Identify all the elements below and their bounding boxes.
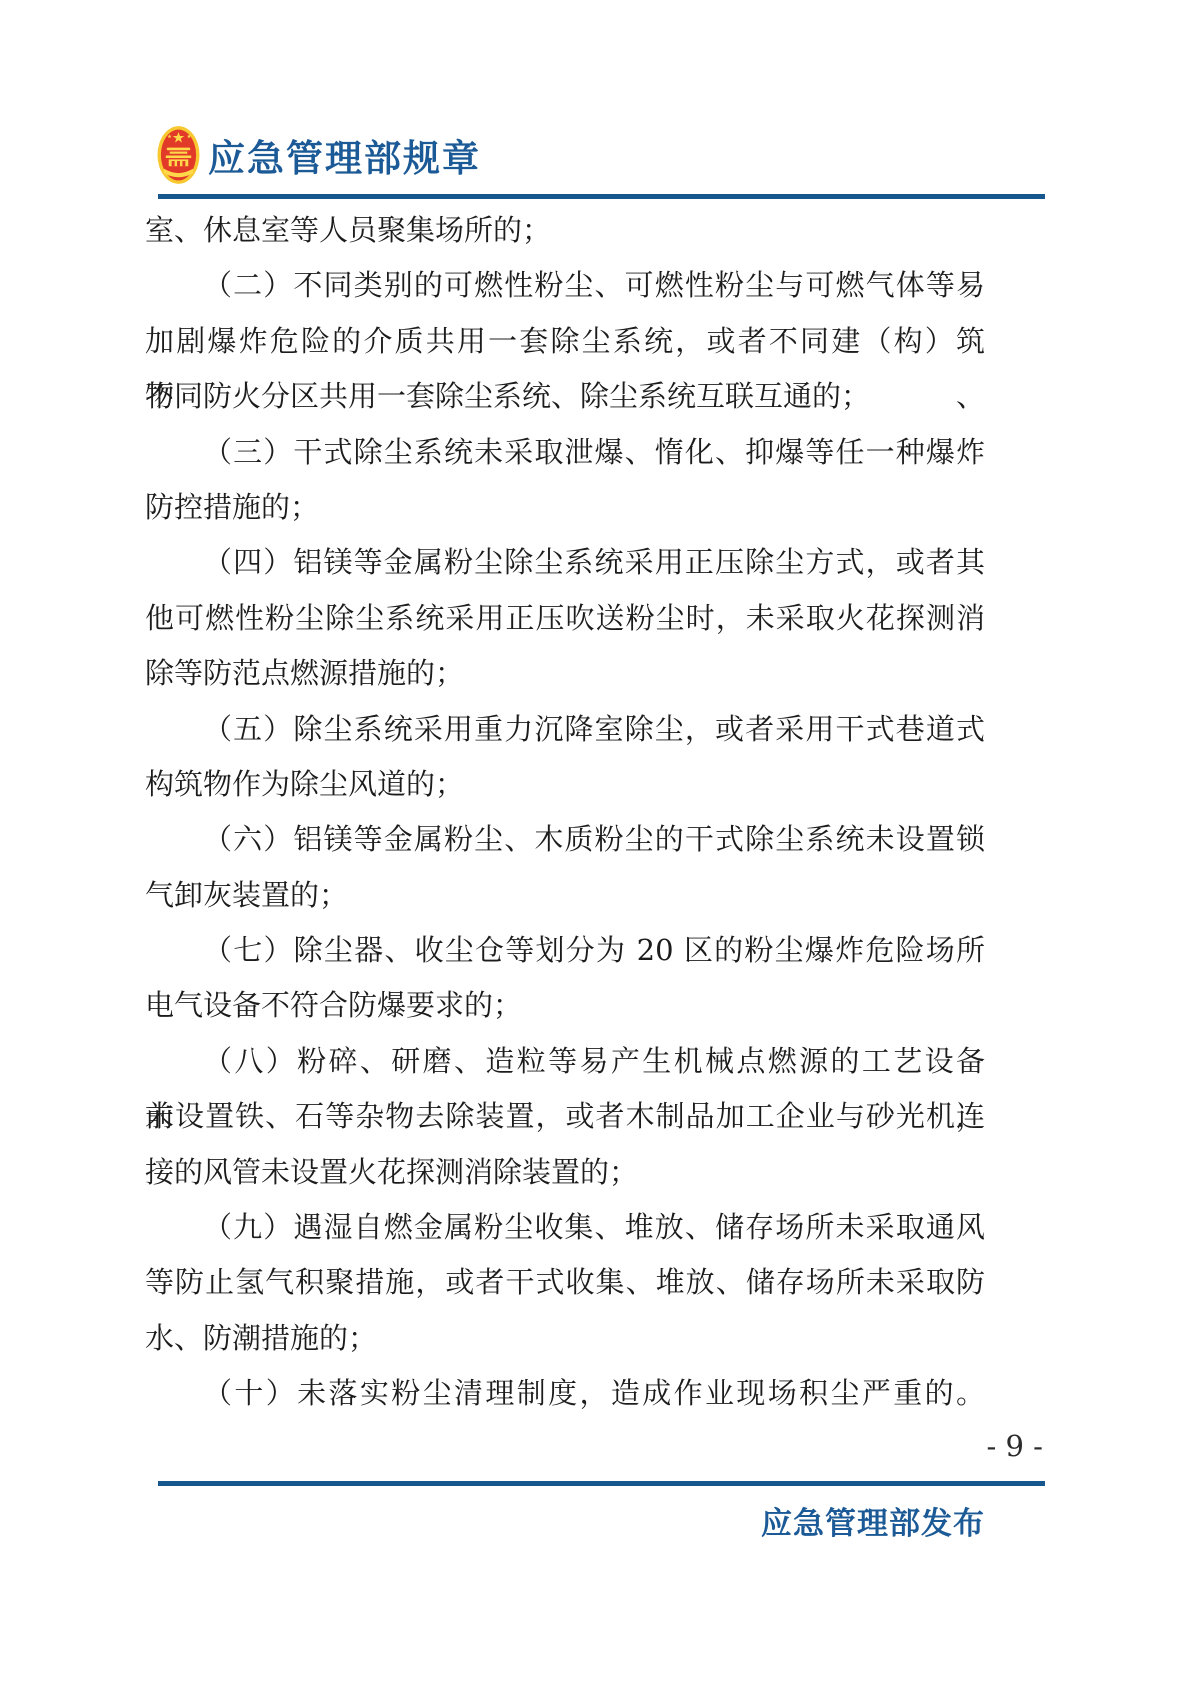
body-line: （七）除尘器、收尘仓等划分为 20 区的粉尘爆炸危险场所 bbox=[145, 923, 985, 978]
page-title: 应急管理部规章 bbox=[208, 128, 481, 182]
body-line: 未设置铁、石等杂物去除装置，或者木制品加工企业与砂光机连 bbox=[145, 1089, 985, 1144]
body-line: 加剧爆炸危险的介质共用一套除尘系统，或者不同建（构）筑物、 bbox=[145, 314, 985, 369]
china-national-emblem-icon bbox=[157, 124, 200, 186]
body-line: 气卸灰装置的； bbox=[145, 868, 985, 923]
body-line: （二）不同类别的可燃性粉尘、可燃性粉尘与可燃气体等易 bbox=[145, 258, 985, 313]
document-page: 应急管理部规章 室、休息室等人员聚集场所的；（二）不同类别的可燃性粉尘、可燃性粉… bbox=[0, 0, 1190, 1683]
publisher-label: 应急管理部发布 bbox=[145, 1504, 985, 1544]
document-body: 室、休息室等人员聚集场所的；（二）不同类别的可燃性粉尘、可燃性粉尘与可燃气体等易… bbox=[145, 203, 985, 1422]
body-line: 接的风管未设置火花探测消除装置的； bbox=[145, 1145, 985, 1200]
body-line: 电气设备不符合防爆要求的； bbox=[145, 978, 985, 1033]
body-line: （三）干式除尘系统未采取泄爆、惰化、抑爆等任一种爆炸 bbox=[145, 425, 985, 480]
page-number: - 9 - bbox=[145, 1430, 1043, 1462]
footer-divider bbox=[158, 1481, 1045, 1486]
body-line: （八）粉碎、研磨、造粒等易产生机械点燃源的工艺设备前， bbox=[145, 1034, 985, 1089]
header-divider bbox=[158, 194, 1045, 199]
body-line: 不同防火分区共用一套除尘系统、除尘系统互联互通的； bbox=[145, 369, 985, 424]
body-line: （六）铝镁等金属粉尘、木质粉尘的干式除尘系统未设置锁 bbox=[145, 812, 985, 867]
body-line: 等防止氢气积聚措施，或者干式收集、堆放、储存场所未采取防 bbox=[145, 1255, 985, 1310]
body-line: 他可燃性粉尘除尘系统采用正压吹送粉尘时，未采取火花探测消 bbox=[145, 591, 985, 646]
body-line: （四）铝镁等金属粉尘除尘系统采用正压除尘方式，或者其 bbox=[145, 535, 985, 590]
body-line: 除等防范点燃源措施的； bbox=[145, 646, 985, 701]
body-line: （九）遇湿自燃金属粉尘收集、堆放、储存场所未采取通风 bbox=[145, 1200, 985, 1255]
body-line: （十）未落实粉尘清理制度，造成作业现场积尘严重的。 bbox=[145, 1366, 985, 1421]
body-line: （五）除尘系统采用重力沉降室除尘，或者采用干式巷道式 bbox=[145, 702, 985, 757]
body-line: 水、防潮措施的； bbox=[145, 1311, 985, 1366]
body-line: 室、休息室等人员聚集场所的； bbox=[145, 203, 985, 258]
document-header: 应急管理部规章 bbox=[157, 124, 481, 186]
body-line: 防控措施的； bbox=[145, 480, 985, 535]
body-line: 构筑物作为除尘风道的； bbox=[145, 757, 985, 812]
